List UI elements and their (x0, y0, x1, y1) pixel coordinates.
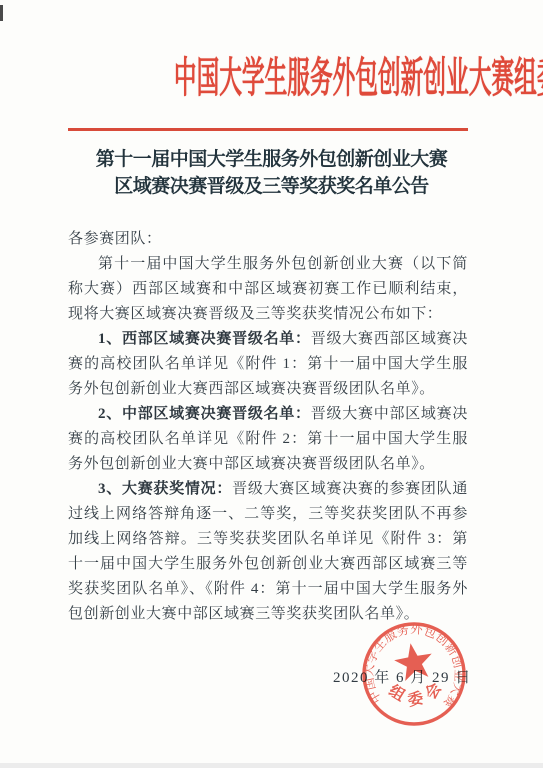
document-title-line2: 区域赛决赛晋级及三等奖获奖名单公告 (0, 173, 543, 200)
paragraph-item-3-text: 晋级大赛区域赛决赛的参赛团队通过线上网络答辩角逐一、二等奖，三等奖获奖团队不再参… (68, 481, 468, 622)
seal-star-icon (394, 643, 432, 681)
document-body: 各参赛团队： 第十一届中国大学生服务外包创新创业大赛（以下简称大赛）西部区域赛和… (68, 227, 468, 627)
scan-corner-artifact (0, 5, 3, 21)
document-page: 中国大学生服务外包创新创业大赛组委会 第十一届中国大学生服务外包创新创业大赛 区… (0, 0, 543, 768)
document-title: 第十一届中国大学生服务外包创新创业大赛 区域赛决赛晋级及三等奖获奖名单公告 (0, 146, 543, 200)
paragraph-intro-text: 第十一届中国大学生服务外包创新创业大赛（以下简称大赛）西部区域赛和中部区域赛初赛… (68, 256, 468, 322)
paragraph-item-1-heading: 1、西部区域赛决赛晋级名单： (98, 331, 311, 347)
paragraph-item-2: 2、中部区域赛决赛晋级名单：晋级大赛中部区域赛决赛的高校团队名单详见《附件 2：… (68, 402, 468, 477)
salutation: 各参赛团队： (68, 227, 468, 252)
paragraph-item-1: 1、西部区域赛决赛晋级名单：晋级大赛西部区域赛决赛的高校团队名单详见《附件 1：… (68, 327, 468, 402)
letterhead-divider-rule (68, 128, 468, 131)
paragraph-intro: 第十一届中国大学生服务外包创新创业大赛（以下简称大赛）西部区域赛和中部区域赛初赛… (68, 252, 468, 327)
scan-bottom-edge-artifact (0, 763, 543, 768)
document-title-line1: 第十一届中国大学生服务外包创新创业大赛 (0, 146, 543, 173)
seal-bottom-text: 组委会 (386, 672, 450, 709)
letterhead: 中国大学生服务外包创新创业大赛组委会 (0, 56, 543, 102)
seal-bottom-text-holder: 组委会 (386, 672, 450, 709)
paragraph-item-2-heading: 2、中部区域赛决赛晋级名单： (98, 406, 311, 422)
official-seal: 中国大学生服务外包创新创业大赛 组委会 (352, 612, 476, 736)
letterhead-org-name: 中国大学生服务外包创新创业大赛组委会 (174, 56, 543, 102)
paragraph-item-3-heading: 3、大赛获奖情况： (98, 481, 232, 497)
paragraph-item-3: 3、大赛获奖情况：晋级大赛区域赛决赛的参赛团队通过线上网络答辩角逐一、二等奖，三… (68, 477, 468, 627)
